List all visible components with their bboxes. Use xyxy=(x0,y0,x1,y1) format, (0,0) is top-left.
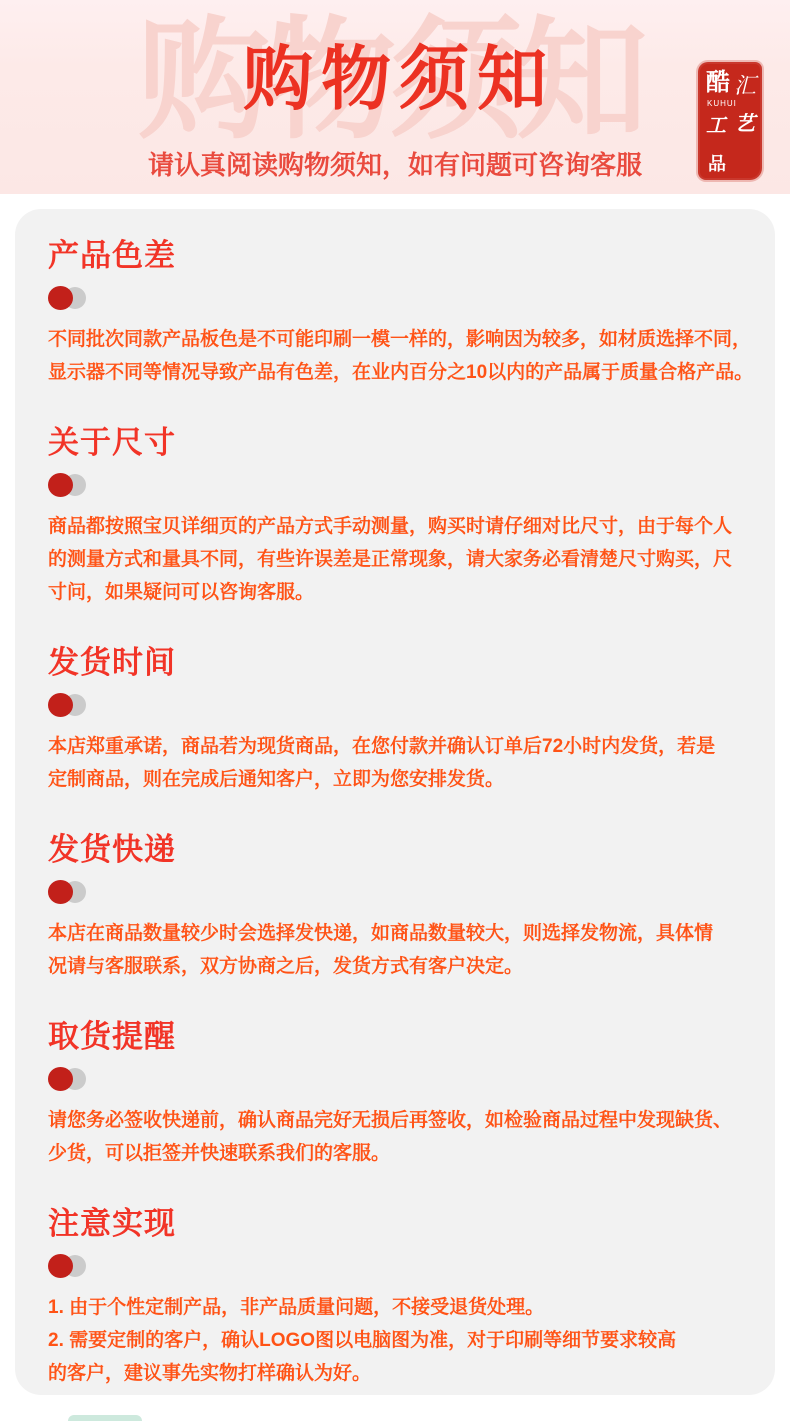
page-title: 购物须知 xyxy=(0,44,790,114)
section-body: 本店郑重承诺，商品若为现货商品，在您付款并确认订单后72小时内发货，若是 定制商… xyxy=(48,730,763,796)
section-shipping-time: 发货时间 本店郑重承诺，商品若为现货商品，在您付款并确认订单后72小时内发货，若… xyxy=(48,647,763,796)
bullet-red-dot xyxy=(48,286,73,310)
bullet-red-dot xyxy=(48,1067,73,1091)
section-about-size: 关于尺寸 商品都按照宝贝详细页的产品方式手动测量，购买时请仔细对比尺寸，由于每个… xyxy=(48,427,763,609)
section-attention: 注意实现 1. 由于个性定制产品，非产品质量问题，不接受退货处理。 2. 需要定… xyxy=(48,1208,763,1390)
section-body: 本店在商品数量较少时会选择发快递，如商品数量较大，则选择发物流，具体情 况请与客… xyxy=(48,917,763,983)
brand-seal-stamp-icon: 酷 汇 KUHUI 工 艺 品 xyxy=(698,62,762,180)
dot-bullet-icon xyxy=(48,693,92,717)
seal-char-mid-right: 艺 xyxy=(735,114,755,134)
seal-char-top-right: 汇 xyxy=(734,75,756,97)
seal-char-mid-left: 工 xyxy=(706,116,726,136)
bullet-red-dot xyxy=(48,693,73,717)
bullet-red-dot xyxy=(48,880,73,904)
section-body: 不同批次同款产品板色是不可能印刷一模一样的，影响因为较多，如材质选择不同， 显示… xyxy=(48,323,763,389)
dot-bullet-icon xyxy=(48,286,92,310)
section-title: 注意实现 xyxy=(48,1208,763,1239)
section-title: 发货快递 xyxy=(48,834,763,865)
seal-char-bottom: 品 xyxy=(708,155,726,173)
notice-card: 产品色差 不同批次同款产品板色是不可能印刷一模一样的，影响因为较多，如材质选择不… xyxy=(15,209,775,1395)
section-title: 发货时间 xyxy=(48,647,763,678)
dot-bullet-icon xyxy=(48,1067,92,1091)
section-body: 商品都按照宝贝详细页的产品方式手动测量，购买时请仔细对比尺寸，由于每个人 的测量… xyxy=(48,510,763,609)
shopping-notice-page: 购物须知 购物须知 请认真阅读购物须知，如有问题可咨询客服 酷 汇 KUHUI … xyxy=(0,0,790,1421)
section-title: 取货提醒 xyxy=(48,1021,763,1052)
section-body: 1. 由于个性定制产品，非产品质量问题，不接受退货处理。 2. 需要定制的客户，… xyxy=(48,1291,763,1390)
dot-bullet-icon xyxy=(48,880,92,904)
section-shipping-courier: 发货快递 本店在商品数量较少时会选择发快递，如商品数量较大，则选择发物流，具体情… xyxy=(48,834,763,983)
section-title: 关于尺寸 xyxy=(48,427,763,458)
seal-char-top-left: 酷 xyxy=(706,71,730,95)
seal-latin-text: KUHUI xyxy=(707,100,737,108)
section-color-difference: 产品色差 不同批次同款产品板色是不可能印刷一模一样的，影响因为较多，如材质选择不… xyxy=(48,240,763,389)
bullet-red-dot xyxy=(48,1254,73,1278)
bullet-red-dot xyxy=(48,473,73,497)
header-banner: 购物须知 购物须知 请认真阅读购物须知，如有问题可咨询客服 酷 汇 KUHUI … xyxy=(0,0,790,194)
section-pickup-reminder: 取货提醒 请您务必签收快递前，确认商品完好无损后再签收，如检验商品过程中发现缺货… xyxy=(48,1021,763,1170)
section-title: 产品色差 xyxy=(48,240,763,271)
next-section-peek xyxy=(68,1415,142,1421)
dot-bullet-icon xyxy=(48,473,92,497)
header-subtitle: 请认真阅读购物须知，如有问题可咨询客服 xyxy=(0,150,790,181)
section-body: 请您务必签收快递前，确认商品完好无损后再签收，如检验商品过程中发现缺货、 少货，… xyxy=(48,1104,763,1170)
dot-bullet-icon xyxy=(48,1254,92,1278)
